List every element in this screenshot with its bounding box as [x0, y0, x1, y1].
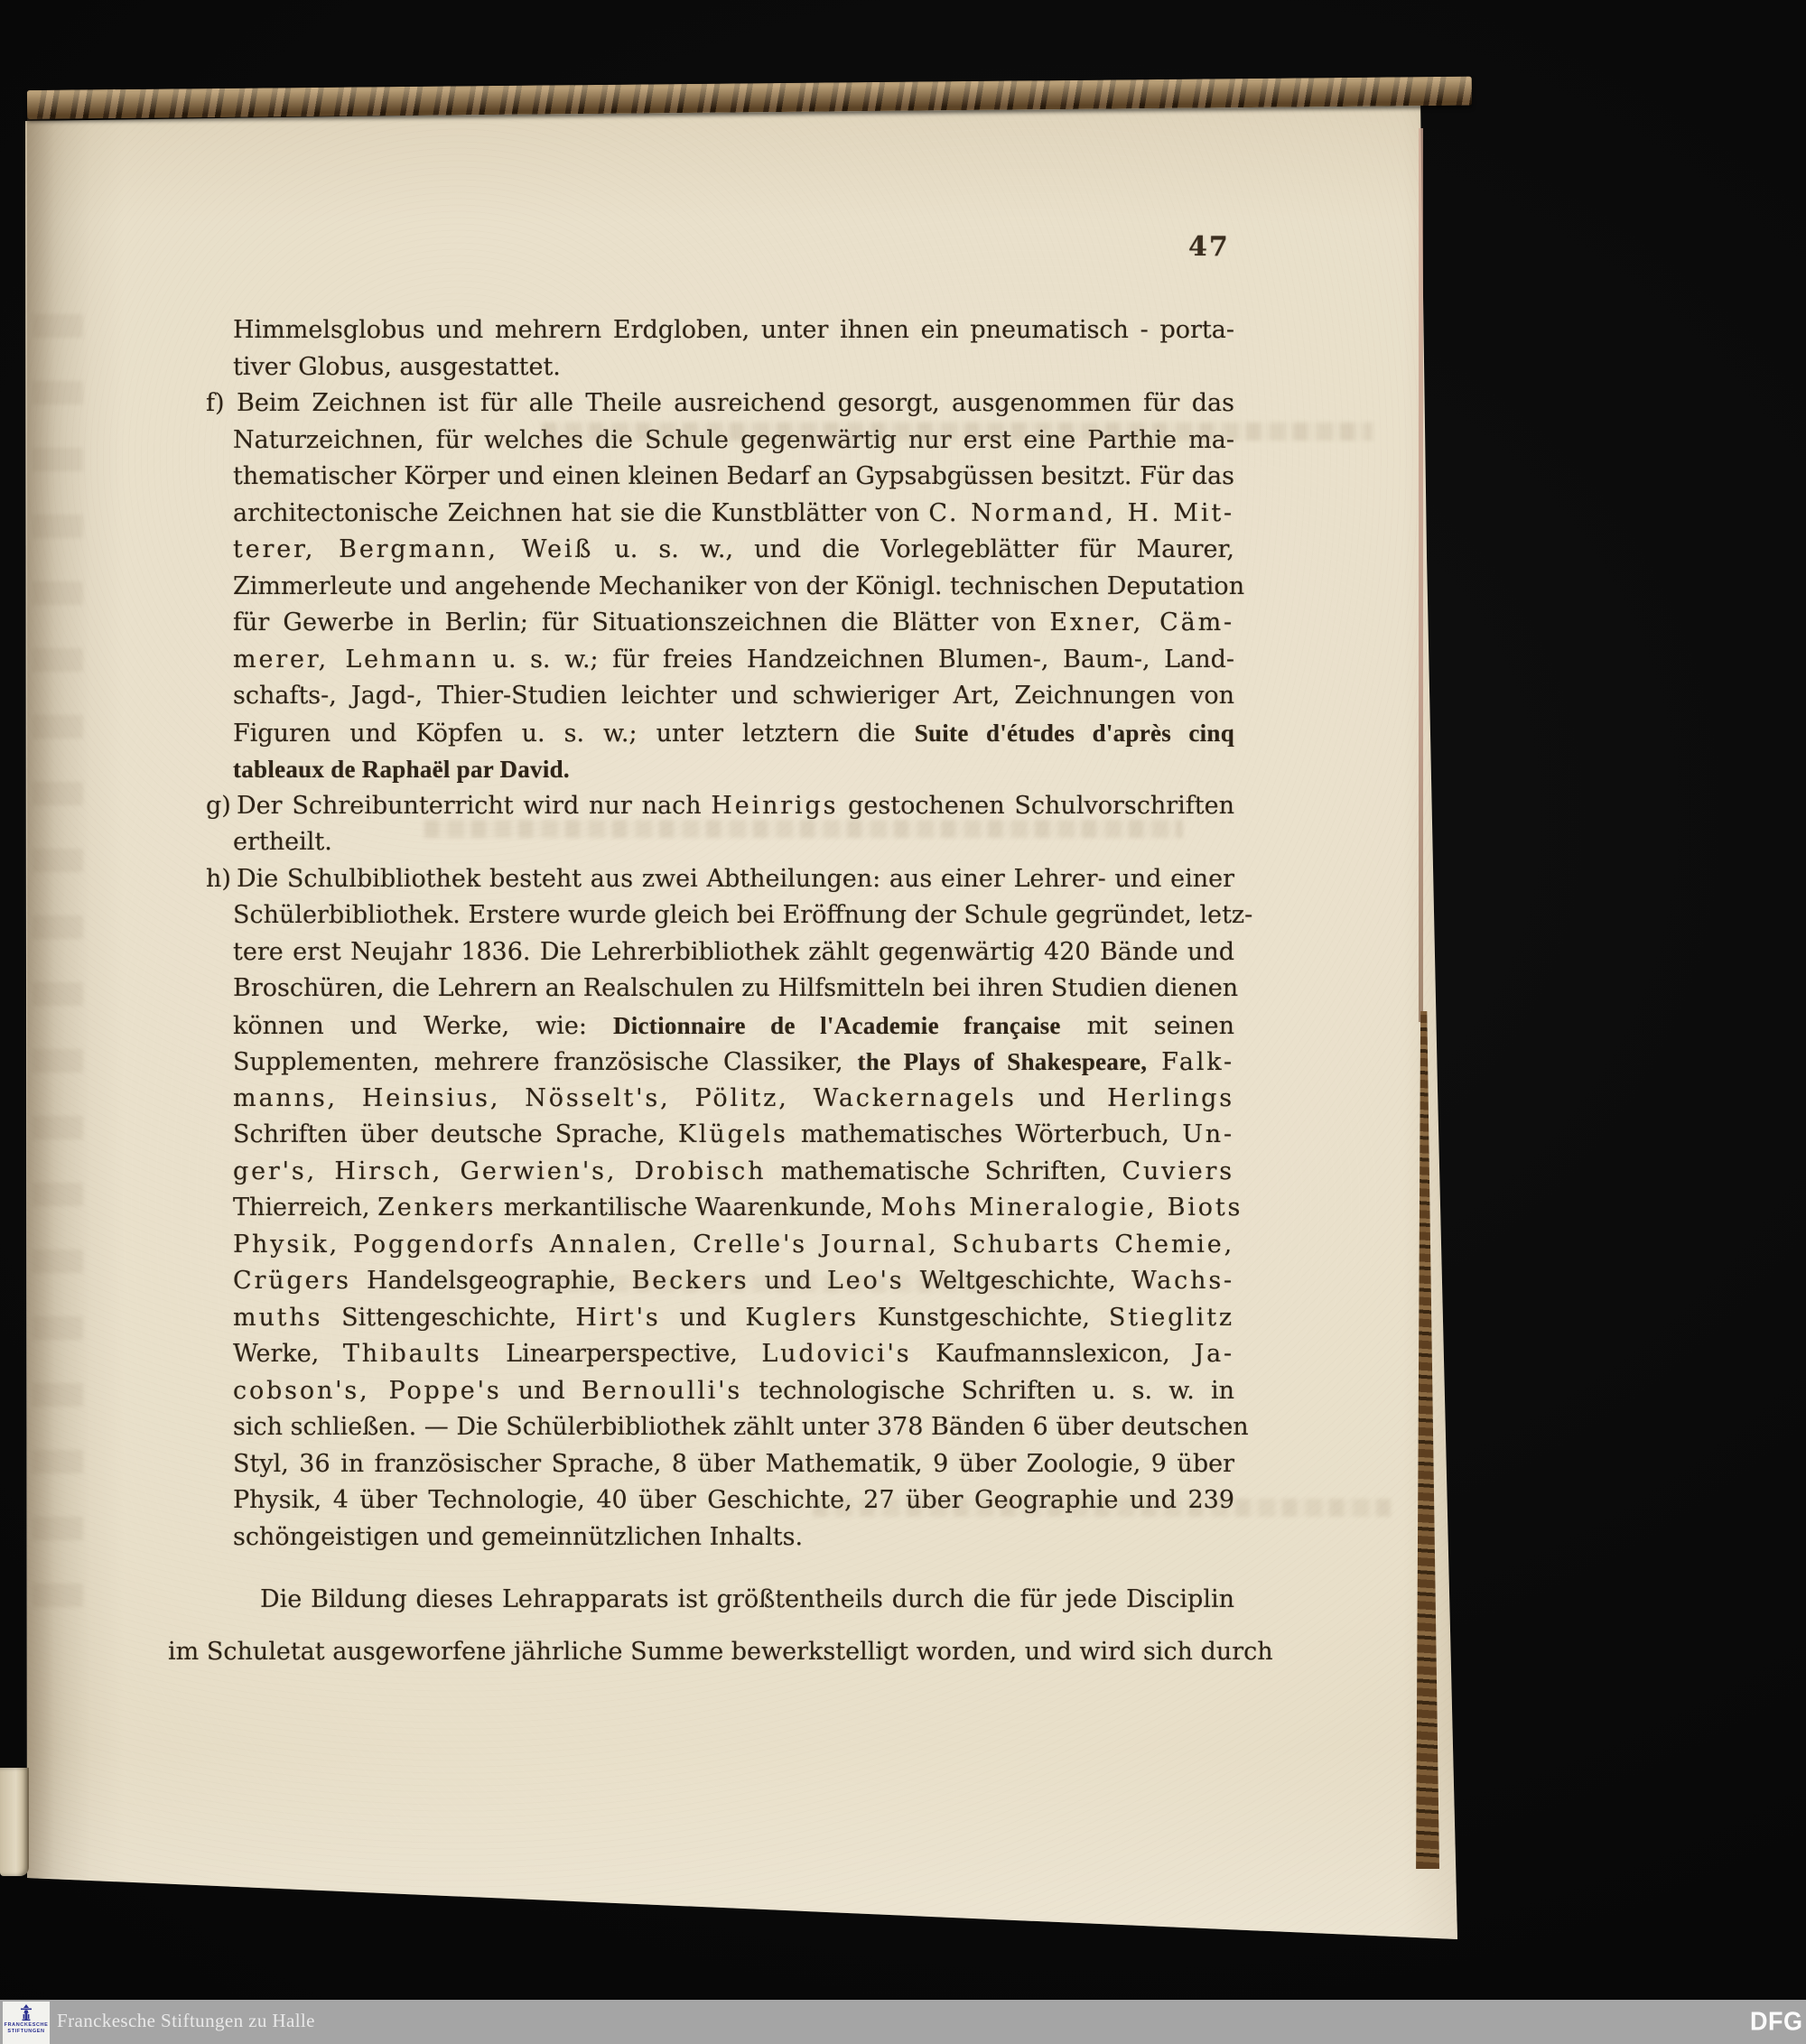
item-letter-label: h) [206, 861, 231, 897]
body-text: und [749, 1267, 826, 1295]
body-text: Beim Zeichnen ist für alle Theile ausrei… [237, 389, 1234, 417]
text-line: muths Sittengeschichte, Hirt's und Kugle… [233, 1300, 1234, 1337]
list-item-line: h)Die Schulbibliothek besteht aus zwei A… [237, 861, 1234, 898]
text-line: Schriften über deutsche Sprache, Klügels… [233, 1117, 1234, 1154]
letterspaced-name: Thibaults [343, 1340, 482, 1368]
text-line: schöngeistigen und gemeinnützlichen Inha… [233, 1519, 1234, 1556]
text-line: manns, Heinsius, Nösselt's, Pölitz, Wack… [233, 1081, 1234, 1118]
text-line: Physik, 4 über Technologie, 40 über Gesc… [233, 1482, 1234, 1519]
body-text: und [502, 1377, 582, 1405]
text-line: cobson's, Poppe's und Bernoulli's techno… [233, 1373, 1234, 1410]
body-text: und [1017, 1084, 1107, 1112]
letterspaced-name: Exner, Cäm- [1049, 609, 1234, 636]
text-line: Broschüren, die Lehrern an Realschulen z… [233, 971, 1234, 1008]
letterspaced-name: Crügers [233, 1267, 351, 1295]
letterspaced-name: cobson's, Poppe's [233, 1377, 502, 1405]
body-text: Schriften über deutsche Sprache, [233, 1120, 678, 1148]
text-line: für Gewerbe in Berlin; für Situationszei… [233, 605, 1234, 642]
letterspaced-name: Mohs Mineralogie, Biots [880, 1194, 1243, 1222]
text-line: thematischer Körper und einen kleinen Be… [233, 459, 1234, 496]
body-text: Kunstgeschichte, [859, 1304, 1109, 1332]
text-line: Physik, Poggendorfs Annalen, Crelle's Jo… [233, 1227, 1234, 1264]
body-text: tiver Globus, ausgestattet. [233, 353, 561, 381]
letterspaced-name: C. Normand, H. Mit- [928, 499, 1234, 527]
page-left-curl [0, 1768, 29, 1876]
body-text: Zimmerleute und angehende Mechaniker von… [233, 572, 1244, 600]
scan-viewer: 47 Himmelsglobus und mehrern Erdgloben, … [0, 0, 1806, 2044]
text-line: Styl, 36 in französischer Sprache, 8 übe… [233, 1446, 1234, 1483]
text-line: im Schuletat ausgeworfene jährliche Summ… [168, 1634, 1234, 1671]
body-text: Weltgeschichte, [904, 1267, 1131, 1295]
text-line: können und Werke, wie: Dictionnaire de l… [233, 1008, 1234, 1045]
body-text: Figuren und Köpfen u. s. w.; unter letzt… [233, 720, 915, 748]
text-line: tiver Globus, ausgestattet. [233, 349, 1234, 386]
body-text: mathematische Schriften, [766, 1157, 1122, 1185]
text-line: Crügers Handelsgeographie, Beckers und L… [233, 1263, 1234, 1300]
body-text: mit seinen [1061, 1012, 1234, 1040]
text-line: Zimmerleute und angehende Mechaniker von… [233, 569, 1234, 606]
letterspaced-name: Stieglitz [1109, 1304, 1234, 1332]
body-text: merkantilische Waarenkunde, [496, 1194, 880, 1222]
body-text: tere erst Neujahr 1836. Die Lehrerbiblio… [233, 938, 1234, 966]
text-line: merer, Lehmann u. s. w.; für freies Hand… [233, 642, 1234, 679]
letterspaced-name: Kuglers [745, 1304, 858, 1332]
body-text: Supplementen, mehrere französische Class… [233, 1048, 858, 1076]
letterspaced-name: Herlings [1107, 1084, 1234, 1112]
body-text: sich schließen. — Die Schülerbibliothek … [233, 1413, 1249, 1441]
letterspaced-name: ger's, Hirsch, Gerwien's, Drobisch [233, 1157, 766, 1185]
body-text: Linearperspective, [482, 1340, 762, 1368]
text-line: Naturzeichnen, für welches die Schule ge… [233, 423, 1234, 460]
body-text: Handelsgeographie, [351, 1267, 632, 1295]
text-line: tere erst Neujahr 1836. Die Lehrerbiblio… [233, 934, 1234, 971]
body-text: u. s. w.; für freies Handzeichnen Blumen… [479, 646, 1234, 674]
body-text: Broschüren, die Lehrern an Realschulen z… [233, 974, 1238, 1002]
body-text: Sittengeschichte, [322, 1304, 575, 1332]
body-text: Kaufmannslexicon, [912, 1340, 1195, 1368]
franckesche-logo: FRANCKESCHE STIFTUNGEN [3, 2002, 50, 2044]
letterspaced-name: Cuviers [1122, 1157, 1234, 1185]
body-text: Die Bildung dieses Lehrapparats ist größ… [260, 1585, 1234, 1613]
body-text: schöngeistigen und gemeinnützlichen Inha… [233, 1523, 803, 1551]
body-text: Schülerbibliothek. Erstere wurde gleich … [233, 901, 1252, 929]
institution-title: Franckesche Stiftungen zu Halle [57, 2010, 315, 2032]
letterspaced-name: Bernoulli's [582, 1377, 742, 1405]
letterspaced-name: Ja- [1194, 1340, 1234, 1368]
franckesche-eagle-icon [16, 2004, 36, 2022]
body-text: für Gewerbe in Berlin; für Situationszei… [233, 609, 1049, 636]
body-text: und [661, 1304, 746, 1332]
list-item-line: g)Der Schreibunterricht wird nur nach He… [237, 788, 1234, 825]
letterspaced-name: Hirt's [575, 1304, 660, 1332]
body-text: thematischer Körper und einen kleinen Be… [233, 462, 1234, 490]
body-text: architectonische Zeichnen hat sie die Ku… [233, 499, 928, 527]
letterspaced-name: terer, Bergmann, Weiß [233, 535, 593, 563]
dfg-logo: DFG [1750, 2007, 1803, 2037]
body-text: Styl, 36 in französischer Sprache, 8 übe… [233, 1450, 1234, 1478]
text-line: Himmelsglobus und mehrern Erdgloben, unt… [233, 312, 1234, 349]
item-letter-label: f) [206, 386, 225, 422]
body-text: können und Werke, wie: [233, 1012, 613, 1040]
antiqua-text: Suite d'études d'après cinq [915, 720, 1234, 747]
body-text: im Schuletat ausgeworfene jährliche Summ… [168, 1638, 1273, 1666]
letterspaced-name: manns, Heinsius, Nösselt's, Pölitz, Wack… [233, 1084, 1017, 1112]
body-text: Himmelsglobus und mehrern Erdgloben, unt… [233, 316, 1234, 344]
body-text: gestochenen Schulvorschriften [838, 792, 1234, 820]
body-text: technologische Schriften u. s. w. in [742, 1377, 1234, 1405]
body-text: mathematisches Wörterbuch, [788, 1120, 1183, 1148]
body-text: Physik, 4 über Technologie, 40 über Gesc… [233, 1486, 1234, 1514]
body-text [1147, 1048, 1161, 1076]
body-text: Die Schulbibliothek besteht aus zwei Abt… [237, 865, 1234, 893]
text-line: Schülerbibliothek. Erstere wurde gleich … [233, 897, 1234, 934]
letterspaced-name: Falk- [1161, 1048, 1234, 1076]
ink-showthrough-margin [33, 289, 83, 1607]
text-line: sich schließen. — Die Schülerbibliothek … [233, 1409, 1234, 1446]
body-text: u. s. w., und die Vorlegeblätter für Mau… [593, 535, 1234, 563]
body-text: schafts-, Jagd-, Thier-Studien leichter … [233, 682, 1234, 710]
text-line: ger's, Hirsch, Gerwien's, Drobisch mathe… [233, 1154, 1234, 1191]
letterspaced-name: Klügels [678, 1120, 788, 1148]
text-line: architectonische Zeichnen hat sie die Ku… [233, 496, 1234, 533]
body-text: Werke, [233, 1340, 343, 1368]
text-line: schafts-, Jagd-, Thier-Studien leichter … [233, 678, 1234, 715]
letterspaced-name: Ludovici's [761, 1340, 911, 1368]
text-line: Figuren und Köpfen u. s. w.; unter letzt… [233, 715, 1234, 752]
text-line: tableaux de Raphaël par David. [233, 751, 1234, 788]
antiqua-text: Dictionnaire de l'Academie française [613, 1012, 1061, 1039]
page-right-edge [1419, 128, 1423, 1022]
letterspaced-name: Zenkers [377, 1194, 496, 1222]
letterspaced-name: Physik, Poggendorfs Annalen, Crelle's Jo… [233, 1231, 1234, 1259]
body-text: Thierreich, [233, 1194, 377, 1222]
body-text: Der Schreibunterricht wird nur nach [237, 792, 711, 820]
list-item-line: f)Beim Zeichnen ist für alle Theile ausr… [237, 386, 1234, 423]
text-line: terer, Bergmann, Weiß u. s. w., und die … [233, 532, 1234, 569]
letterspaced-name: Un- [1182, 1120, 1234, 1148]
text-line: Werke, Thibaults Linearperspective, Ludo… [233, 1336, 1234, 1373]
page-number: 47 [1188, 231, 1243, 263]
body-text: ertheilt. [233, 828, 332, 856]
item-letter-label: g) [206, 788, 231, 824]
letterspaced-name: Wachs- [1131, 1267, 1234, 1295]
letterspaced-name: muths [233, 1304, 322, 1332]
logo-caption-line2: STIFTUNGEN [7, 2029, 44, 2035]
text-line: Thierreich, Zenkers merkantilische Waare… [233, 1190, 1234, 1227]
letterspaced-name: Heinrigs [711, 792, 838, 820]
letterspaced-name: Beckers [632, 1267, 749, 1295]
antiqua-text: the Plays of Shakespeare, [858, 1048, 1148, 1075]
text-line: Die Bildung dieses Lehrapparats ist größ… [260, 1582, 1234, 1619]
text-line: ertheilt. [233, 824, 1234, 861]
antiqua-text: tableaux de Raphaël par David. [233, 756, 570, 783]
letterspaced-name: merer, Lehmann [233, 646, 479, 674]
letterspaced-name: Leo's [827, 1267, 905, 1295]
text-line: Supplementen, mehrere französische Class… [233, 1044, 1234, 1081]
body-text: Naturzeichnen, für welches die Schule ge… [233, 426, 1234, 454]
